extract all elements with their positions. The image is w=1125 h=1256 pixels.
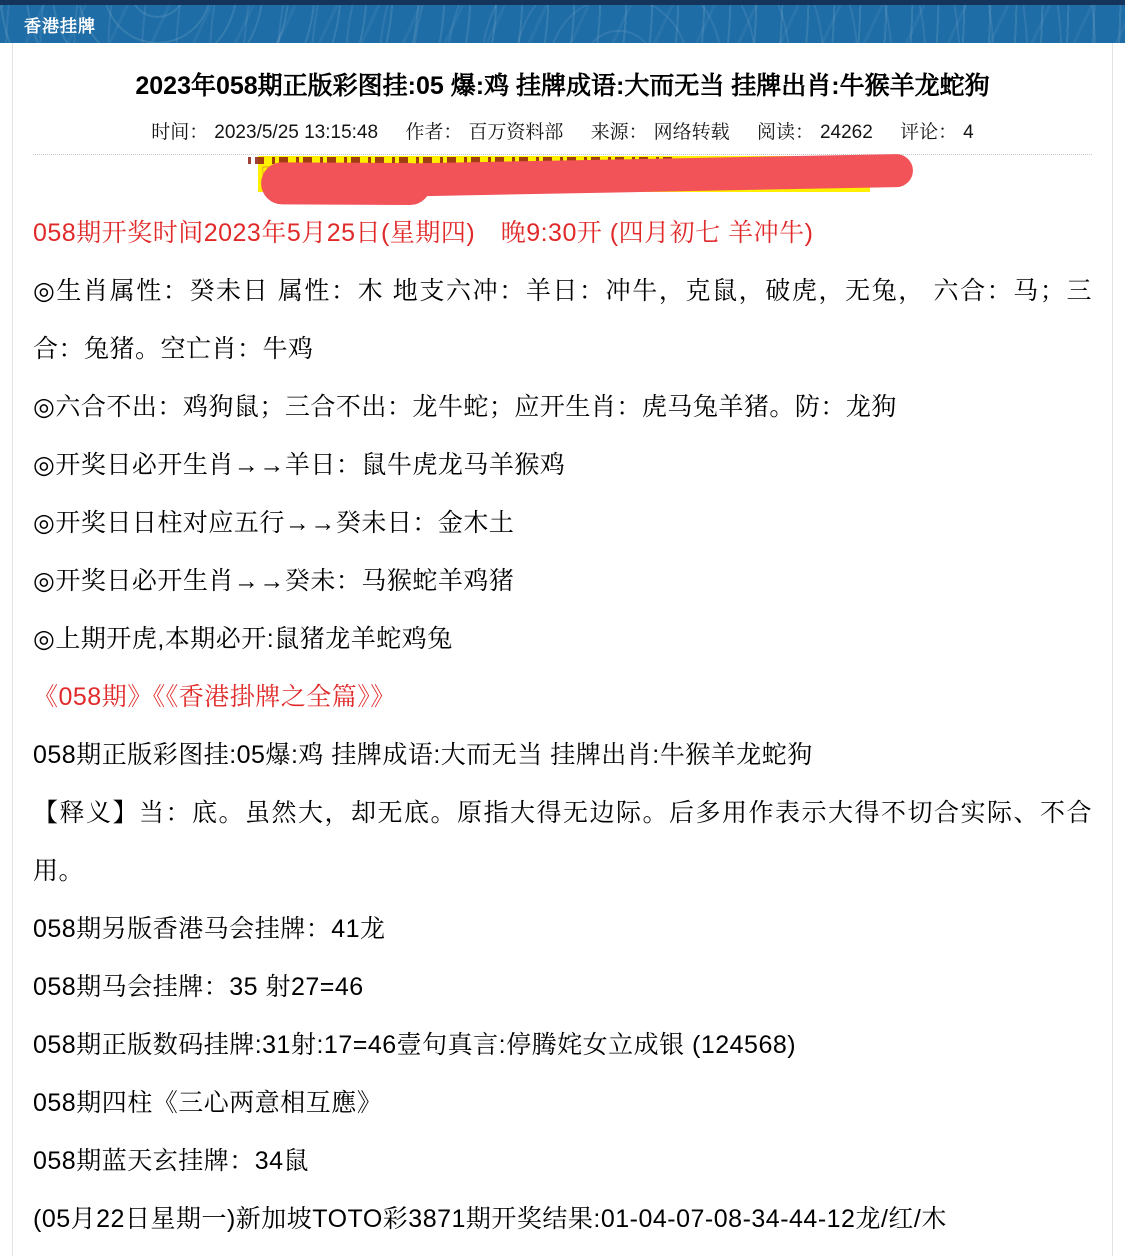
content-line: ◎六合不出：鸡狗鼠；三合不出：龙牛蛇；应开生肖：虎马兔羊猪。防：龙狗 [33, 378, 1092, 436]
content-line: 058期四柱《三心两意相互應》 [33, 1074, 1092, 1132]
meta-source: 来源：网络转载 [591, 117, 730, 144]
content-line: ◎开奖日日柱对应五行→→癸未日：金木土 [33, 494, 1092, 552]
content-line: 058期马会挂牌：35 射27=46 [33, 958, 1092, 1016]
content-line: 【释义】当：底。虽然大，却无底。原指大得无边际。后多用作表示大得不切合实际、不合… [33, 784, 1092, 900]
content-line: ◎上期开虎,本期必开:鼠猪龙羊蛇鸡兔 [33, 610, 1092, 668]
content-line: ◎开奖日必开生肖→→癸未：马猴蛇羊鸡猪 [33, 552, 1092, 610]
content-line: ◎生肖属性：癸未日 属性：木 地支六冲：羊日：冲牛，克鼠，破虎，无兔， 六合：马… [33, 262, 1092, 378]
meta-comments: 评论：4 [900, 117, 974, 144]
content-line: 058期正版数码挂牌:31射:17=46壹句真言:停腾姹女立成银 (124568… [33, 1016, 1092, 1074]
site-title: 香港挂牌 [24, 12, 96, 37]
article-meta: 时间：2023/5/25 13:15:48 作者：百万资料部 来源：网络转载 阅… [33, 117, 1092, 144]
highlight-redacted-row: ☞ [33, 152, 1092, 200]
content-line: 058期开奖时间2023年5月25日(星期四) 晚9:30开 (四月初七 羊冲牛… [33, 204, 1092, 262]
page-header: 香港挂牌 [0, 5, 1125, 43]
article-body: 058期开奖时间2023年5月25日(星期四) 晚9:30开 (四月初七 羊冲牛… [33, 204, 1092, 1248]
article-title: 2023年058期正版彩图挂:05 爆:鸡 挂牌成语:大而无当 挂牌出肖:牛猴羊… [33, 43, 1092, 103]
meta-author: 作者：百万资料部 [405, 117, 563, 144]
content-line: (05月22日星期一)新加坡TOTO彩3871期开奖结果:01-04-07-08… [33, 1190, 1092, 1248]
content-line: 058期另版香港马会挂牌：41龙 [33, 900, 1092, 958]
content-line: 《058期》《《香港掛牌之全篇》》 [33, 668, 1092, 726]
article-container: 2023年058期正版彩图挂:05 爆:鸡 挂牌成语:大而无当 挂牌出肖:牛猴羊… [12, 43, 1113, 1256]
content-line: 058期蓝天玄挂牌：34鼠 [33, 1132, 1092, 1190]
content-line: ◎开奖日必开生肖→→羊日：鼠牛虎龙马羊猴鸡 [33, 436, 1092, 494]
content-line: 058期正版彩图挂:05爆:鸡 挂牌成语:大而无当 挂牌出肖:牛猴羊龙蛇狗 [33, 726, 1092, 784]
meta-reads: 阅读：24262 [757, 117, 873, 144]
meta-time: 时间：2023/5/25 13:15:48 [151, 117, 378, 144]
